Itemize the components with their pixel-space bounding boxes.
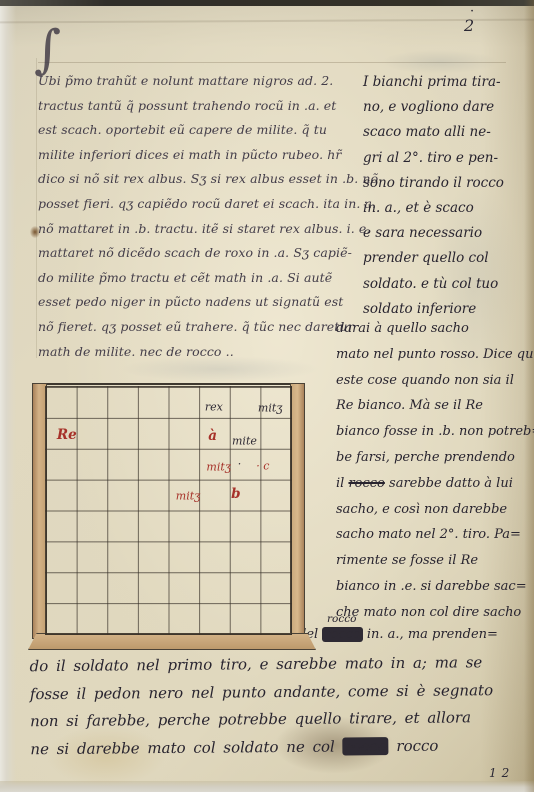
text-line: milite inferiori dices ei math in pũcto … [38,143,378,168]
text-line: mattaret nõ dicẽdo scach de roxo in .a. … [38,241,378,266]
text-line: che mato non col dire sacho [336,600,534,626]
photo-bottom-edge [0,781,534,792]
text-segment: non si farebbe, perche potrebbe quello t… [30,708,471,730]
folio-number: 2 [464,16,474,35]
text-segment: e sara necessario [363,225,482,241]
italian-text-column-upper: I bianchi prima tira-no, e vogliono dare… [363,70,533,322]
text-line: mato nel punto rosso. Dice qu= [336,342,534,368]
board-frame-top [42,383,302,385]
text-line: nõ fieret. qʒ posset eũ trahere. q̃ tũc … [38,315,378,340]
photo-top-edge [0,0,534,6]
text-line: scaco mato alli ne- [363,120,533,145]
quire-signature: 12 [489,766,514,780]
text-line: Re bianco. Mà se il Re [336,393,534,419]
text-segment: soldato. e tù col tuo [363,276,498,292]
board-label: mitʒ [258,401,283,414]
text-segment: nõ fieret. qʒ posset eũ trahere. q̃ tũc … [38,319,354,334]
text-segment: fosse il pedon nero nel punto andante, c… [30,681,493,703]
board-label: mitʒ [206,461,231,474]
text-line: est scach. oportebit eũ capere de milite… [38,118,378,143]
text-segment: mattaret nõ dicẽdo scach de roxo in .a. … [38,245,352,260]
text-line: do il soldato nel primo tiro, e sarebbe … [30,649,534,681]
text-line: non si farebbe, perche potrebbe quello t… [30,704,534,736]
strike-word: rocco [348,476,384,491]
text-segment: Ubi p̃mo trahũt e nolunt mattare nigros … [38,73,333,88]
text-line: rimente se fosse il Re [336,548,534,574]
text-line: posset fieri. qʒ capiẽdo rocũ daret ei s… [38,192,378,217]
text-segment: math de milite. nec de rocco .. [38,344,234,359]
text-line: este cose quando non sia il [336,368,534,394]
text-line: in. a., et è scaco [363,196,533,221]
text-line: sono tirando il rocco [363,171,533,196]
board-label: mite [232,435,257,448]
italian-insert-line: del rocco in. a., ma prenden= [298,627,534,642]
text-segment: I bianchi prima tira- [363,74,501,90]
text-segment: bianco in .e. si darebbe sac= [336,579,527,594]
text-segment: sono tirando il rocco [363,175,504,191]
latin-text-column: Ubi p̃mo trahũt e nolunt mattare nigros … [38,69,378,364]
text-line: soldato. e tù col tuo [363,272,533,297]
text-line: tractus tantũ q̃ possunt trahendo rocũ i… [38,94,378,119]
text-segment: scaco mato alli ne- [363,124,491,140]
chessboard-diagram: rexmitʒReàmitemitʒ·· cmitʒb [28,381,314,651]
board-label: · [238,457,242,470]
text-segment: che mato non col dire sacho [336,605,521,620]
text-line: dico si nõ sit rex albus. Sʒ si rex albu… [38,167,378,192]
text-segment: Re bianco. Mà se il Re [336,398,483,413]
text-segment: posset fieri. qʒ capiẽdo rocũ daret ei s… [38,196,376,211]
text-line: be farsi, perche prendendo [336,445,534,471]
text-line: do milite p̃mo tractu et cẽt math in .a.… [38,266,378,291]
text-line: sacho, e così non darebbe [336,497,534,523]
text-segment: il [336,476,348,491]
manuscript-page: · 2 ∫ Ubi p̃mo trahũt e nolunt mattare n… [0,0,534,792]
italian-text-column-side: darai à quello sachomato nel punto rosso… [336,316,534,626]
text-line: bianco in .e. si darebbe sac= [336,574,534,600]
scribble-word: rocco [322,627,362,642]
text-line: Ubi p̃mo trahũt e nolunt mattare nigros … [38,69,378,94]
text-line: prender quello col [363,246,533,271]
correction-word: rocco [327,613,356,625]
text-segment: darai à quello sacho [336,321,469,336]
text-segment: dico si nõ sit rex albus. Sʒ si rex albu… [38,171,378,186]
text-segment: prender quello col [363,250,489,266]
text-segment: milite inferiori dices ei math in pũcto … [38,147,341,162]
board-label: Re [57,427,77,443]
scribble-word: rocco [342,737,388,755]
text-line: e sara necessario [363,221,533,246]
text-segment: esset pedo niger in pũcto nadens ut sign… [38,294,343,309]
text-segment: ne si darebbe mato col soldato ne col [30,737,342,758]
bottom-text-block: do il soldato nel primo tiro, e sarebbe … [30,649,534,763]
text-segment: rocco [389,736,439,754]
text-segment: este cose quando non sia il [336,373,514,388]
text-segment: mato nel punto rosso. Dice qu= [336,347,534,362]
text-segment: bianco fosse in .b. non potreb= [336,424,534,439]
text-segment: sacho, e così non darebbe [336,502,507,517]
text-line: il rocco sarebbe datto à lui [336,471,534,497]
text-line: no, e vogliono dare [363,95,533,120]
board-label: mitʒ [176,489,201,502]
ruling-line [36,58,37,358]
board-label: · c [256,460,269,473]
text-line: del rocco in. a., ma prenden= [298,627,534,642]
ruling-line [38,62,506,63]
text-segment: sarebbe datto à lui [385,476,513,491]
text-line: math de milite. nec de rocco .. [38,340,378,365]
text-segment: soldato inferiore [363,301,476,317]
board-frame-right [290,383,305,639]
text-segment: gri al 2°. tiro e pen- [363,150,498,166]
board-label: à [208,428,217,444]
text-line: nõ mattaret in .b. tractu. itẽ si staret… [38,217,378,242]
text-line: darai à quello sacho [336,316,534,342]
text-segment: rimente se fosse il Re [336,553,478,568]
text-segment: do milite p̃mo tractu et cẽt math in .a.… [38,270,332,285]
text-line: ne si darebbe mato col soldato ne col ro… [30,731,534,763]
text-line: sacho mato nel 2°. tiro. Pa= [336,522,534,548]
board-label: b [231,486,240,502]
text-line: gri al 2°. tiro e pen- [363,146,533,171]
page-left-edge [0,0,16,792]
text-segment: nõ mattaret in .b. tractu. itẽ si staret… [38,221,370,236]
parchment-crease [0,19,534,24]
text-line: I bianchi prima tira- [363,70,533,95]
text-line: esset pedo niger in pũcto nadens ut sign… [38,290,378,315]
text-segment: no, e vogliono dare [363,99,494,115]
board-grid: rexmitʒReàmitemitʒ·· cmitʒb [45,386,292,635]
text-segment: sacho mato nel 2°. tiro. Pa= [336,527,521,542]
text-segment: in. a., ma prenden= [363,627,498,642]
text-line: bianco fosse in .b. non potreb= [336,419,534,445]
text-segment: do il soldato nel primo tiro, e sarebbe … [30,653,483,675]
text-segment: in. a., et è scaco [363,200,474,216]
text-segment: tractus tantũ q̃ possunt trahendo rocũ i… [38,98,336,113]
text-line: fosse il pedon nero nel punto andante, c… [30,676,534,708]
text-segment: be farsi, perche prendendo [336,450,515,465]
board-label: rex [205,400,223,413]
text-segment: est scach. oportebit eũ capere de milite… [38,122,327,137]
board-frame-bottom [28,633,316,650]
